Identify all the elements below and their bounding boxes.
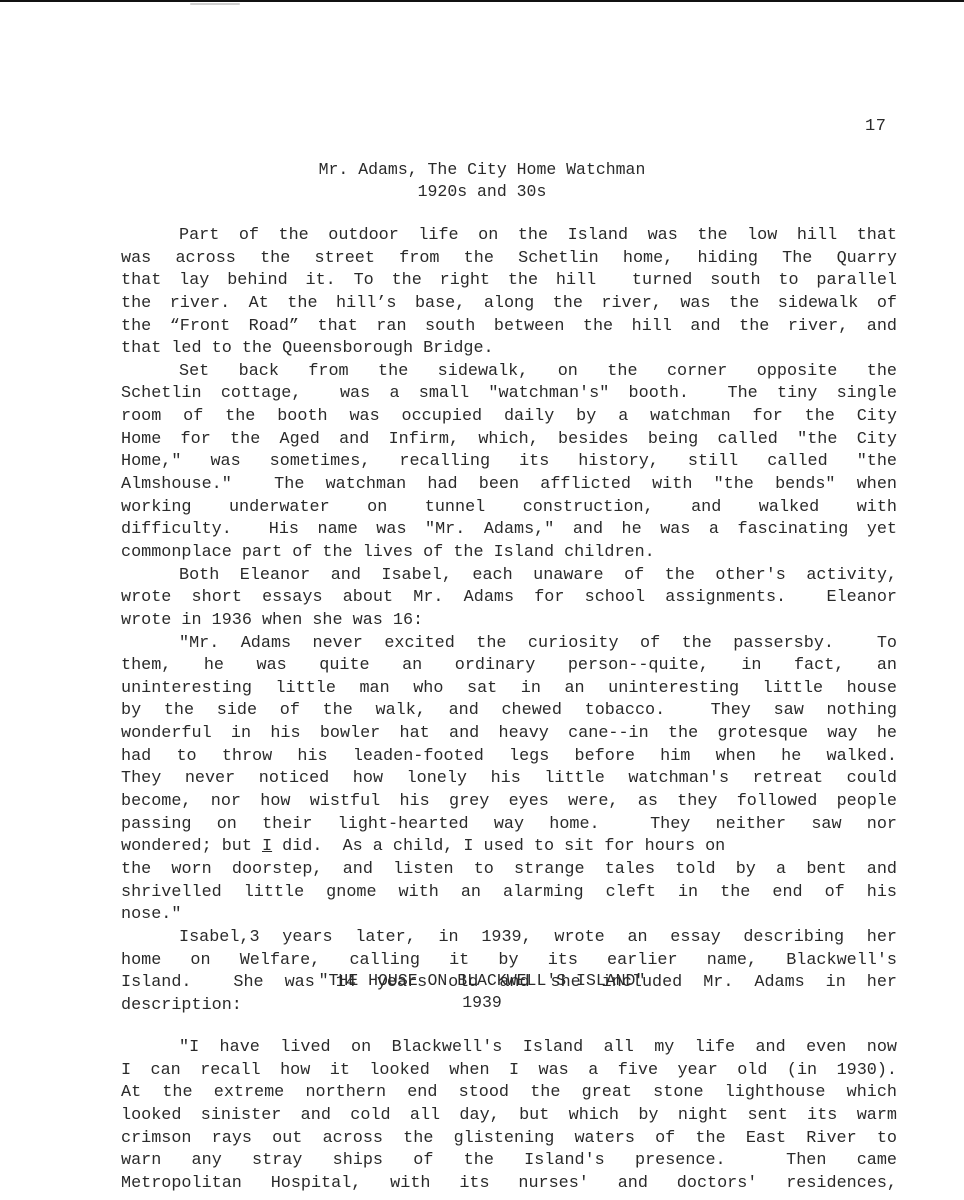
- essay-year: 1939: [0, 993, 964, 1012]
- text-line: was across the street from the Schetlin …: [121, 248, 897, 271]
- text-line: had to throw his leaden-footed legs befo…: [121, 746, 897, 769]
- text-line: Part of the outdoor life on the Island w…: [121, 225, 897, 248]
- body-text-part-1: Part of the outdoor life on the Island w…: [121, 225, 897, 1017]
- text-line: that led to the Queensborough Bridge.: [121, 338, 897, 361]
- text-line: room of the booth was occupied daily by …: [121, 406, 897, 429]
- text-line: Almshouse." The watchman had been afflic…: [121, 474, 897, 497]
- text-line: home on Welfare, calling it by its earli…: [121, 950, 897, 973]
- text-line: difficulty. His name was "Mr. Adams," an…: [121, 519, 897, 542]
- text-line: crimson rays out across the glistening w…: [121, 1128, 897, 1151]
- scan-top-border: [0, 0, 964, 2]
- text-line: Schetlin cottage, was a small "watchman'…: [121, 383, 897, 406]
- text-line: by the side of the walk, and chewed toba…: [121, 700, 897, 723]
- text-line: Both Eleanor and Isabel, each unaware of…: [121, 565, 897, 588]
- text-line: Home," was sometimes, recalling its hist…: [121, 451, 897, 474]
- text-line: the river. At the hill’s base, along the…: [121, 293, 897, 316]
- text-line: "Mr. Adams never excited the curiosity o…: [121, 633, 897, 656]
- page-number: 17: [865, 117, 886, 136]
- text-line: nose.": [121, 904, 897, 927]
- text-line: I can recall how it looked when I was a …: [121, 1060, 897, 1083]
- text-line: Isabel,3 years later, in 1939, wrote an …: [121, 927, 897, 950]
- text-line: commonplace part of the lives of the Isl…: [121, 542, 897, 565]
- text-line: passing on their light-hearted way home.…: [121, 814, 897, 837]
- essay-title: "THE HOUSE ON BLACKWELL'S ISLAND": [0, 971, 964, 990]
- text-line: wondered; but I did. As a child, I used …: [121, 836, 897, 859]
- text-line: the “Front Road” that ran south between …: [121, 316, 897, 339]
- text-line: become, nor how wistful his grey eyes we…: [121, 791, 897, 814]
- body-text-part-2: "I have lived on Blackwell's Island all …: [121, 1037, 897, 1195]
- text-line: the worn doorstep, and listen to strange…: [121, 859, 897, 882]
- text-line: shrivelled little gnome with an alarming…: [121, 882, 897, 905]
- underlined-word: I: [262, 837, 272, 856]
- text-line: that lay behind it. To the right the hil…: [121, 270, 897, 293]
- text-line: Set back from the sidewalk, on the corne…: [121, 361, 897, 384]
- section-title: Mr. Adams, The City Home Watchman: [0, 160, 964, 179]
- text-line: wonderful in his bowler hat and heavy ca…: [121, 723, 897, 746]
- text-line: "I have lived on Blackwell's Island all …: [121, 1037, 897, 1060]
- text-line: uninteresting little man who sat in an u…: [121, 678, 897, 701]
- text-line: looked sinister and cold all day, but wh…: [121, 1105, 897, 1128]
- text-line: Metropolitan Hospital, with its nurses' …: [121, 1173, 897, 1196]
- section-subtitle: 1920s and 30s: [0, 182, 964, 201]
- text-line: They never noticed how lonely his little…: [121, 768, 897, 791]
- scan-smudge: [190, 3, 240, 5]
- text-line: wrote in 1936 when she was 16:: [121, 610, 897, 633]
- text-line: At the extreme northern end stood the gr…: [121, 1082, 897, 1105]
- text-line: warn any stray ships of the Island's pre…: [121, 1150, 897, 1173]
- text-line: them, he was quite an ordinary person--q…: [121, 655, 897, 678]
- text-line: working underwater on tunnel constructio…: [121, 497, 897, 520]
- text-line: Home for the Aged and Infirm, which, bes…: [121, 429, 897, 452]
- text-line: wrote short essays about Mr. Adams for s…: [121, 587, 897, 610]
